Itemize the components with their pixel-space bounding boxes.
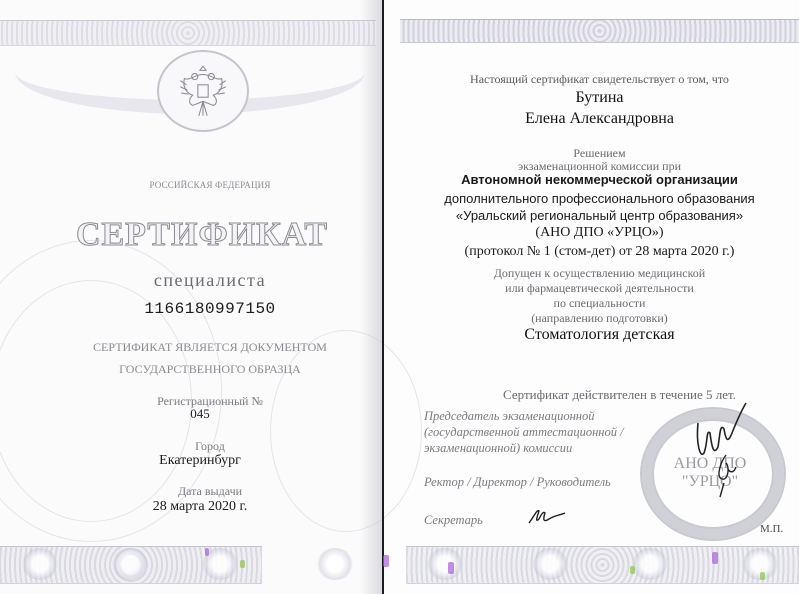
green-accent bbox=[760, 572, 765, 580]
green-accent bbox=[630, 566, 635, 574]
certificate-subtitle: специалиста bbox=[40, 270, 380, 291]
protocol-reference: (протокол № 1 (стом-дет) от 28 марта 202… bbox=[400, 244, 799, 260]
violet-accent bbox=[712, 552, 718, 564]
violet-accent bbox=[205, 548, 209, 556]
chair-label-line2: (государственной аттестационной / bbox=[424, 425, 624, 440]
holder-surname: Бутина bbox=[400, 89, 799, 107]
city-value: Екатеринбург bbox=[40, 453, 360, 469]
fold-shadow bbox=[360, 0, 382, 594]
violet-accent bbox=[383, 555, 389, 567]
chair-label-line3: экзаменационной) комиссии bbox=[424, 441, 572, 456]
issue-date-value: 28 марта 2020 г. bbox=[40, 499, 360, 515]
specialty: Стоматология детская bbox=[400, 326, 799, 344]
green-accent bbox=[240, 560, 245, 568]
admission-line4: (направлению подготовки) bbox=[400, 311, 799, 326]
admission-line1: Допущен к осуществлению медицинской bbox=[400, 266, 799, 281]
organization-line1: Автономной некоммерческой организации bbox=[400, 172, 799, 187]
certificate-intro: Настоящий сертификат свидетельствует о т… bbox=[400, 72, 799, 87]
flower-ornament bbox=[110, 548, 150, 580]
flower-ornament bbox=[630, 548, 670, 580]
organization-line3: «Уральский региональный центр образовани… bbox=[400, 208, 799, 223]
flower-ornament bbox=[530, 548, 570, 580]
admission-line3: по специальности bbox=[400, 296, 799, 311]
organization-short-name: (АНО ДПО «УРЦО») bbox=[400, 225, 799, 241]
stamp-place-label: М.П. bbox=[760, 523, 783, 535]
chair-signature-icon bbox=[690, 393, 750, 503]
chair-label-line1: Председатель экзаменационной bbox=[424, 409, 595, 424]
flower-ornament bbox=[315, 548, 355, 580]
issue-date-label: Дата выдачи bbox=[40, 484, 380, 499]
russian-coat-of-arms-icon bbox=[172, 60, 234, 122]
certificate-title: СЕРТИФИКАТ bbox=[52, 216, 352, 254]
organization-line2: дополнительного профессионального образо… bbox=[400, 191, 799, 206]
state-document-note-line2: ГОСУДАРСТВЕННОГО ОБРАЗЦА bbox=[40, 362, 380, 377]
rector-label: Ректор / Директор / Руководитель bbox=[424, 475, 611, 490]
violet-accent bbox=[448, 562, 454, 574]
top-ornament-band-right bbox=[400, 19, 799, 43]
registration-number-value: 045 bbox=[40, 406, 360, 422]
admission-line2: или фармацевтической деятельности bbox=[400, 281, 799, 296]
holder-given-names: Елена Александровна bbox=[400, 110, 799, 128]
secretary-signature-icon bbox=[527, 505, 567, 527]
country-label: РОССИЙСКАЯ ФЕДЕРАЦИЯ bbox=[40, 180, 380, 190]
flower-ornament bbox=[20, 548, 60, 580]
city-label: Город bbox=[40, 439, 380, 454]
emblem-medallion bbox=[157, 50, 249, 132]
secretary-label: Секретарь bbox=[424, 513, 483, 528]
state-document-note-line1: СЕРТИФИКАТ ЯВЛЯЕТСЯ ДОКУМЕНТОМ bbox=[40, 340, 380, 355]
certificate-number: 1166180997150 bbox=[40, 300, 380, 318]
page-fold-divider bbox=[382, 0, 384, 594]
flower-ornament bbox=[425, 548, 465, 580]
